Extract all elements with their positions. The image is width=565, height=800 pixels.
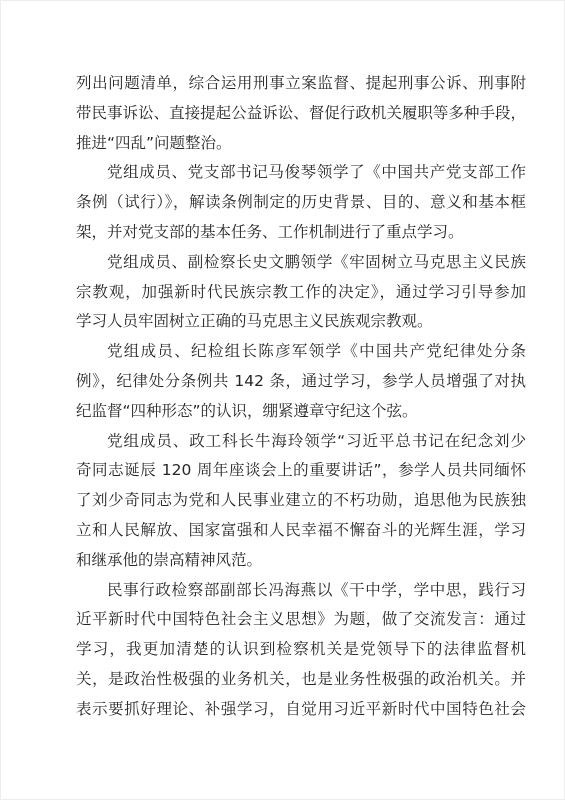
- text-line: 党组成员、党支部书记马俊琴领学了《中国共产党支部工作: [76, 158, 526, 188]
- text-line: 列出问题清单，综合运用刑事立案监督、提起刑事公诉、刑事附: [76, 69, 526, 99]
- text-line: 党组成员、副检察长史文鹏领学《牢固树立马克思主义民族: [76, 248, 526, 278]
- document-page: 列出问题清单，综合运用刑事立案监督、提起刑事公诉、刑事附带民事诉讼、直接提起公益…: [0, 0, 565, 800]
- text-line: 党组成员、纪检组长陈彦军领学《中国共产党纪律处分条: [76, 337, 526, 367]
- text-line: 学习人员牢固树立正确的马克思主义民族观宗教观。: [76, 307, 526, 337]
- text-line: 关，是政治性极强的业务机关，也是业务性极强的政治机关。并: [76, 665, 526, 695]
- document-text-block: 列出问题清单，综合运用刑事立案监督、提起刑事公诉、刑事附带民事诉讼、直接提起公益…: [76, 69, 526, 725]
- text-line: 例》，纪律处分条例共 142 条，通过学习，参学人员增强了对执: [76, 367, 526, 397]
- text-line: 了刘少奇同志为党和人民事业建立的不朽功勋，追思他为民族独: [76, 486, 526, 516]
- text-line: 架，并对党支部的基本任务、工作机制进行了重点学习。: [76, 218, 526, 248]
- text-line: 带民事诉讼、直接提起公益诉讼、督促行政机关履职等多种手段，: [76, 99, 526, 129]
- text-line: 表示要抓好理论、补强学习，自觉用习近平新时代中国特色社会: [76, 695, 526, 725]
- text-line: 推进“四乱”问题整治。: [76, 129, 526, 159]
- text-line: 纪监督“四种形态”的认识，绷紧遵章守纪这个弦。: [76, 397, 526, 427]
- text-line: 民事行政检察部副部长冯海燕以《干中学，学中思，践行习: [76, 576, 526, 606]
- text-line: 奇同志诞辰 120 周年座谈会上的重要讲话”，参学人员共同缅怀: [76, 456, 526, 486]
- text-line: 立和人民解放、国家富强和人民幸福不懈奋斗的光辉生涯，学习: [76, 516, 526, 546]
- text-line: 条例（试行）》，解读条例制定的历史背景、目的、意义和基本框: [76, 188, 526, 218]
- text-line: 党组成员、政工科长牛海玲领学“习近平总书记在纪念刘少: [76, 427, 526, 457]
- text-line: 宗教观，加强新时代民族宗教工作的决定》，通过学习引导参加: [76, 278, 526, 308]
- text-line: 学习，我更加清楚的认识到检察机关是党领导下的法律监督机: [76, 635, 526, 665]
- text-line: 和继承他的崇高精神风范。: [76, 546, 526, 576]
- text-line: 近平新时代中国特色社会主义思想》为题，做了交流发言：通过: [76, 605, 526, 635]
